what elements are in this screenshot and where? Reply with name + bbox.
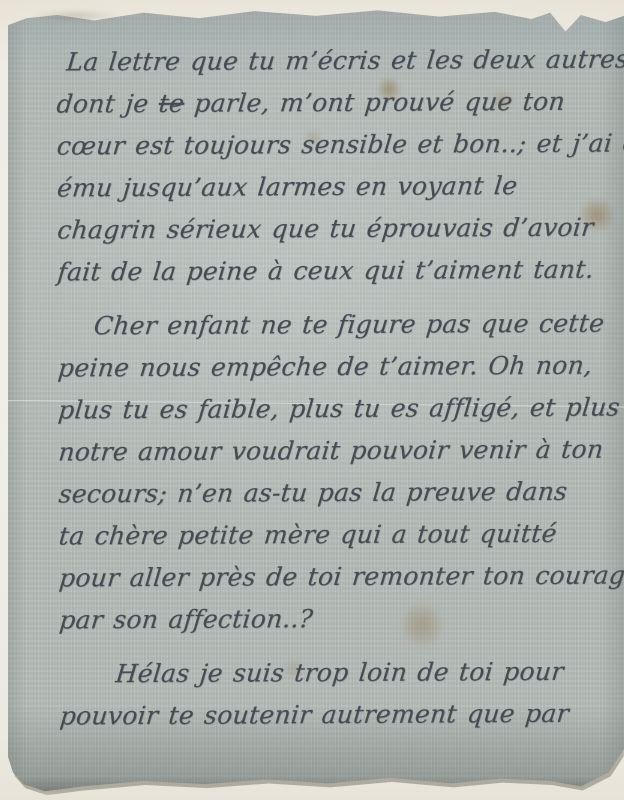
struck-word: te [157,89,185,118]
letter-line: chagrin sérieux que tu éprouvais d’avoir [55,207,621,252]
line-segment: parle, m’ont prouvé que ton [183,87,567,118]
letter-line: fait de la peine à ceux qui t’aiment tan… [56,249,622,294]
letter-line: Cher enfant ne te figure pas que cette [56,303,622,348]
letter-line: Hélas je suis trop loin de toi pour [58,651,624,696]
letter-line: dont je te parle, m’ont prouvé que ton [55,81,621,126]
letter-text: La lettre que tu m’écris et les deux aut… [54,39,620,738]
edge-smudge [30,10,120,22]
letter-line: pouvoir te soutenir autrement que par [58,693,624,738]
photo-background: La lettre que tu m’écris et les deux aut… [0,0,624,800]
line-segment: dont je [55,89,160,119]
letter-line: La lettre que tu m’écris et les deux aut… [54,39,620,84]
letter-line: plus tu es faible, plus tu es affligé, e… [56,387,622,432]
letter-line: cœur est toujours sensible et bon..; et … [55,123,621,168]
letter-line: secours; n’en as-tu pas la preuve dans [57,471,623,516]
letter-line: peine nous empêche de t’aimer. Oh non, [56,345,622,390]
letter-line: par son affection..? [57,597,623,642]
letter-line: ému jusqu’aux larmes en voyant le [55,165,621,210]
letter-line: ta chère petite mère qui a tout quitté [57,513,623,558]
letter-line: notre amour voudrait pouvoir venir à ton [56,429,622,474]
letter-line: pour aller près de toi remonter ton cour… [57,555,623,600]
